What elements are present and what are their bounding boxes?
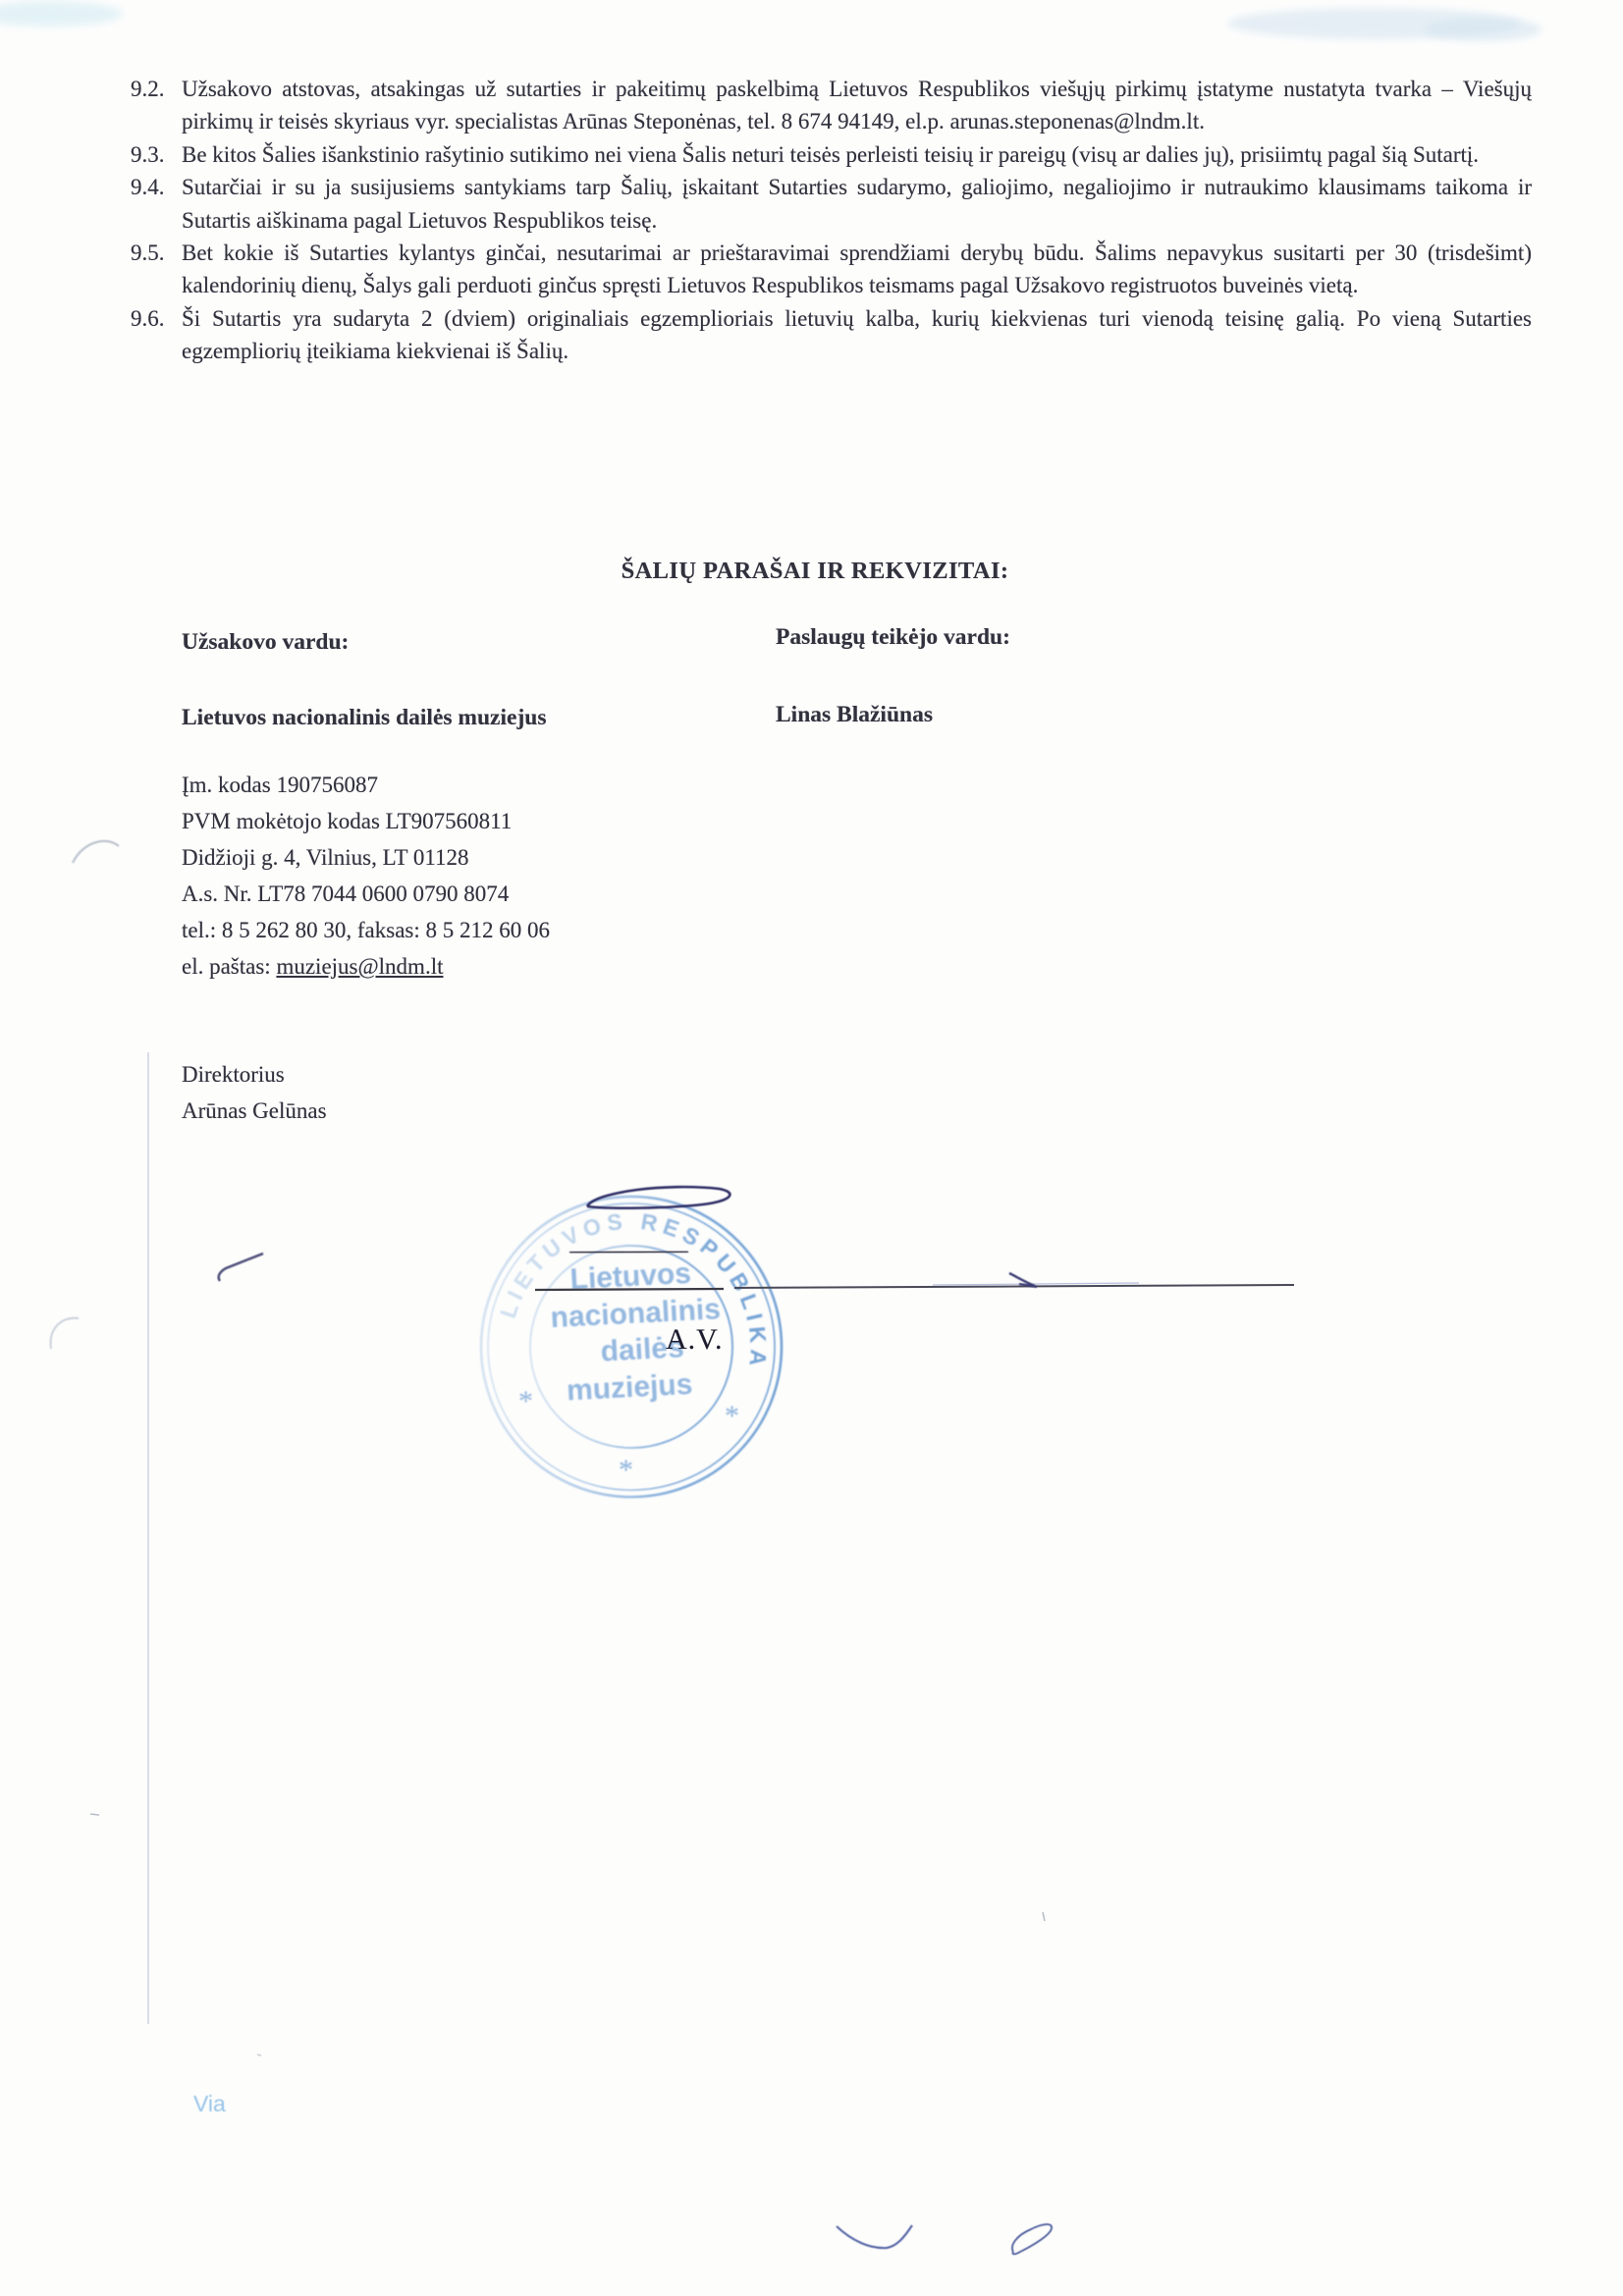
email-label: el. paštas: bbox=[182, 954, 276, 979]
phone-fax: tel.: 8 5 262 80 30, faksas: 8 5 212 60 … bbox=[182, 912, 550, 948]
signer-title: Direktorius bbox=[182, 1056, 327, 1093]
bottom-check-stroke bbox=[837, 2225, 912, 2248]
speck-1 bbox=[90, 1814, 99, 1815]
signer-name: Arūnas Gelūnas bbox=[182, 1093, 327, 1129]
clause-9-3: 9.3. Be kitos Šalies išankstinio rašytin… bbox=[0, 138, 1623, 171]
faint-arc-lower bbox=[51, 1318, 79, 1349]
faint-via-mark: Via bbox=[193, 2091, 226, 2117]
clause-9-2: 9.2. Užsakovo atstovas, atsakingas už su… bbox=[0, 73, 1623, 138]
pen-slash-mark bbox=[219, 1254, 263, 1281]
clause-number: 9.5. bbox=[131, 237, 180, 269]
provider-signature-line-tint bbox=[933, 1283, 1139, 1285]
provider-role-label: Paslaugų teikėjo vardu: bbox=[776, 624, 1010, 651]
client-role-label: Užsakovo vardu: bbox=[182, 629, 349, 656]
scan-smudge-top-right bbox=[1227, 8, 1522, 39]
av-seal-mark: A.V. bbox=[666, 1323, 723, 1357]
clause-text: Be kitos Šalies išankstinio rašytinio su… bbox=[182, 138, 1532, 171]
stamp-asterisk-left: * bbox=[518, 1385, 533, 1417]
email-address: muziejus@lndm.lt bbox=[276, 954, 443, 979]
client-details: Įm. kodas 190756087 PVM mokėtojo kodas L… bbox=[182, 767, 550, 985]
bottom-loop-stroke bbox=[1012, 2224, 1052, 2254]
signatures-section-header: ŠALIŲ PARAŠAI IR REKVIZITAI: bbox=[182, 558, 1448, 585]
clause-9-5: 9.5. Bet kokie iš Sutarties kylantys gin… bbox=[0, 237, 1623, 302]
stamp-asterisk-bottom: * bbox=[619, 1454, 633, 1486]
faint-arc-upper bbox=[73, 841, 119, 863]
clause-list: 9.2. Užsakovo atstovas, atsakingas už su… bbox=[0, 73, 1623, 368]
provider-pen-flick bbox=[1009, 1273, 1037, 1287]
vat-code: PVM mokėtojo kodas LT907560811 bbox=[182, 803, 550, 839]
svg-text:Lietuvos: Lietuvos bbox=[569, 1257, 692, 1296]
speck-3 bbox=[257, 2055, 261, 2056]
bank-account: A.s. Nr. LT78 7044 0600 0790 8074 bbox=[182, 876, 550, 912]
speck-2 bbox=[1043, 1912, 1045, 1921]
clause-9-4: 9.4. Sutarčiai ir su ja susijusiems sant… bbox=[0, 171, 1623, 237]
clause-number: 9.2. bbox=[131, 73, 180, 105]
clause-number: 9.3. bbox=[131, 138, 180, 171]
client-party-name: Lietuvos nacionalinis dailės muziejus bbox=[182, 705, 546, 731]
clause-text: Bet kokie iš Sutarties kylantys ginčai, … bbox=[182, 237, 1532, 302]
clause-text: Sutarčiai ir su ja susijusiems santykiam… bbox=[182, 171, 1532, 237]
svg-text:muziejus: muziejus bbox=[566, 1368, 693, 1408]
clause-text: Ši Sutartis yra sudaryta 2 (dviem) origi… bbox=[182, 302, 1532, 368]
scan-smudge-top-left bbox=[0, 1, 123, 27]
provider-party-name: Linas Blažiūnas bbox=[776, 702, 933, 728]
company-code: Įm. kodas 190756087 bbox=[182, 767, 550, 803]
clause-number: 9.6. bbox=[131, 302, 180, 335]
email-line: el. paštas: muziejus@lndm.lt bbox=[182, 948, 550, 985]
client-signer-block: Direktorius Arūnas Gelūnas bbox=[182, 1056, 327, 1129]
scanned-contract-page: 9.2. Užsakovo atstovas, atsakingas už su… bbox=[0, 0, 1623, 2296]
scan-smudge-top-right-2 bbox=[1424, 18, 1542, 41]
clause-number: 9.4. bbox=[131, 171, 180, 203]
stamp-asterisk-right: * bbox=[725, 1400, 739, 1432]
clause-9-6: 9.6. Ši Sutartis yra sudaryta 2 (dviem) … bbox=[0, 302, 1623, 368]
clause-text: Užsakovo atstovas, atsakingas už sutarti… bbox=[182, 73, 1532, 138]
address-line: Didžioji g. 4, Vilnius, LT 01128 bbox=[182, 839, 550, 876]
official-round-stamp: LIETUVOS RESPUBLIKA Lietuvos nacionalini… bbox=[420, 1136, 852, 1568]
